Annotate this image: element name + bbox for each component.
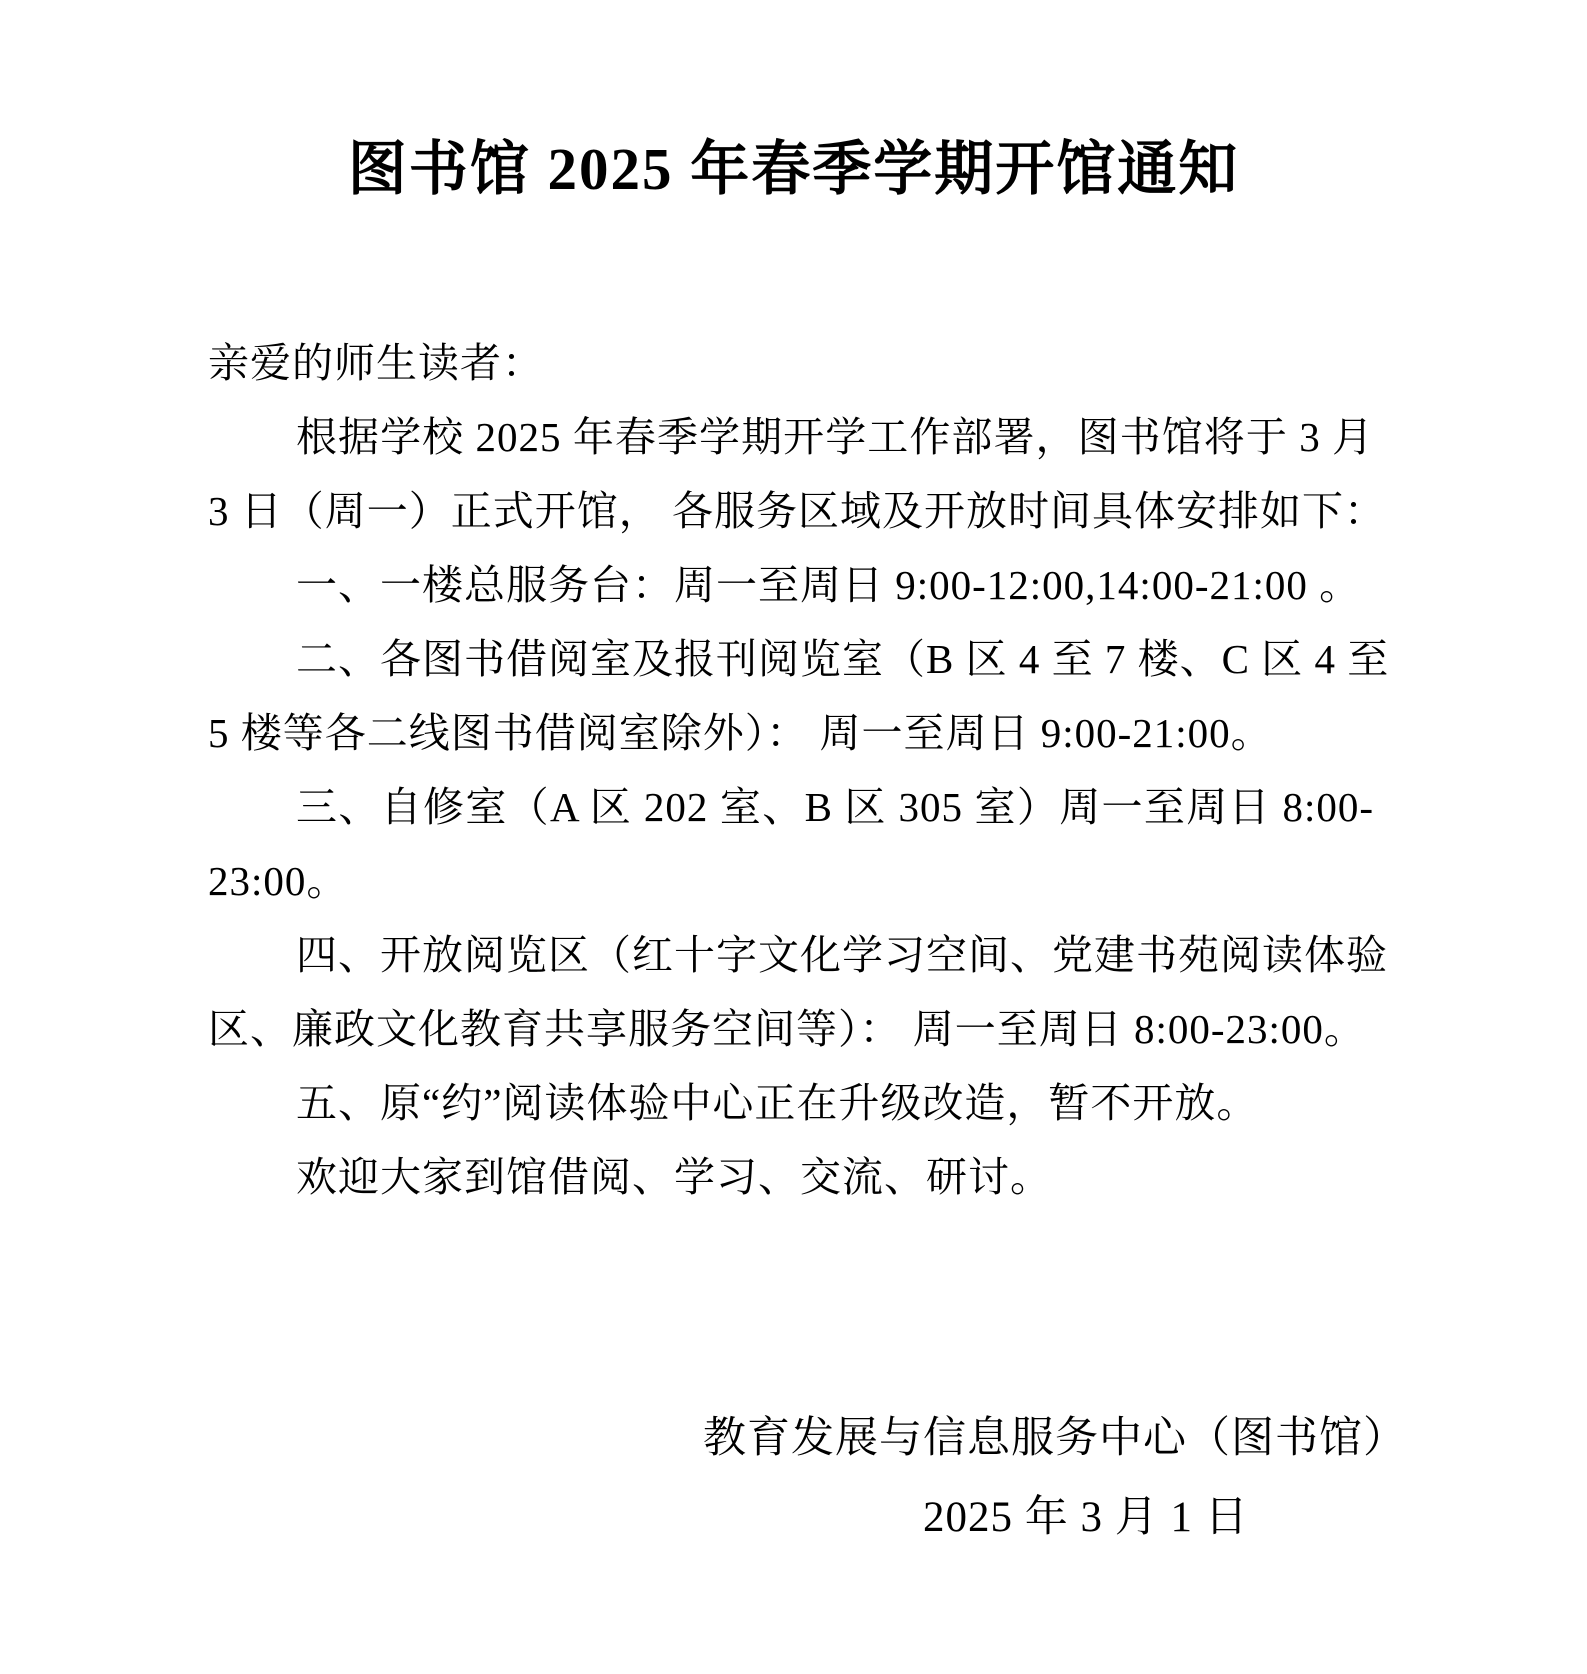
body-line-6: 5 楼等各二线图书借阅室除外）： 周一至周日 9:00-21:00。 [208,696,1374,770]
body-line-9: 四、开放阅览区（红十字文化学习空间、党建书苑阅读体验 [208,918,1374,992]
body-line-11: 五、原“约”阅读体验中心正在升级改造，暂不开放。 [208,1066,1374,1140]
body-line-8: 23:00。 [208,844,1374,918]
document-body: 亲爱的师生读者：根据学校 2025 年春季学期开学工作部署，图书馆将于 3 月3… [208,326,1374,1214]
body-line-7: 三、自修室（A 区 202 室、B 区 305 室）周一至周日 8:00- [208,770,1374,844]
body-line-2: 根据学校 2025 年春季学期开学工作部署，图书馆将于 3 月 [208,400,1374,474]
body-line-4: 一、一楼总服务台：周一至周日 9:00-12:00,14:00-21:00 。 [208,548,1374,622]
signature-org: 教育发展与信息服务中心（图书馆） [703,1413,1407,1465]
document-page: 图书馆 2025 年春季学期开馆通知 亲爱的师生读者：根据学校 2025 年春季… [0,0,1587,1674]
signature-date: 2025 年 3 月 1 日 [923,1492,1249,1544]
body-line-1: 亲爱的师生读者： [208,326,1374,400]
document-title: 图书馆 2025 年春季学期开馆通知 [0,121,1587,206]
body-line-5: 二、各图书借阅室及报刊阅览室（B 区 4 至 7 楼、C 区 4 至 [208,622,1374,696]
body-line-3: 3 日（周一）正式开馆， 各服务区域及开放时间具体安排如下： [208,474,1374,548]
body-line-12: 欢迎大家到馆借阅、学习、交流、研讨。 [208,1140,1374,1214]
body-line-10: 区、廉政文化教育共享服务空间等）： 周一至周日 8:00-23:00。 [208,992,1374,1066]
